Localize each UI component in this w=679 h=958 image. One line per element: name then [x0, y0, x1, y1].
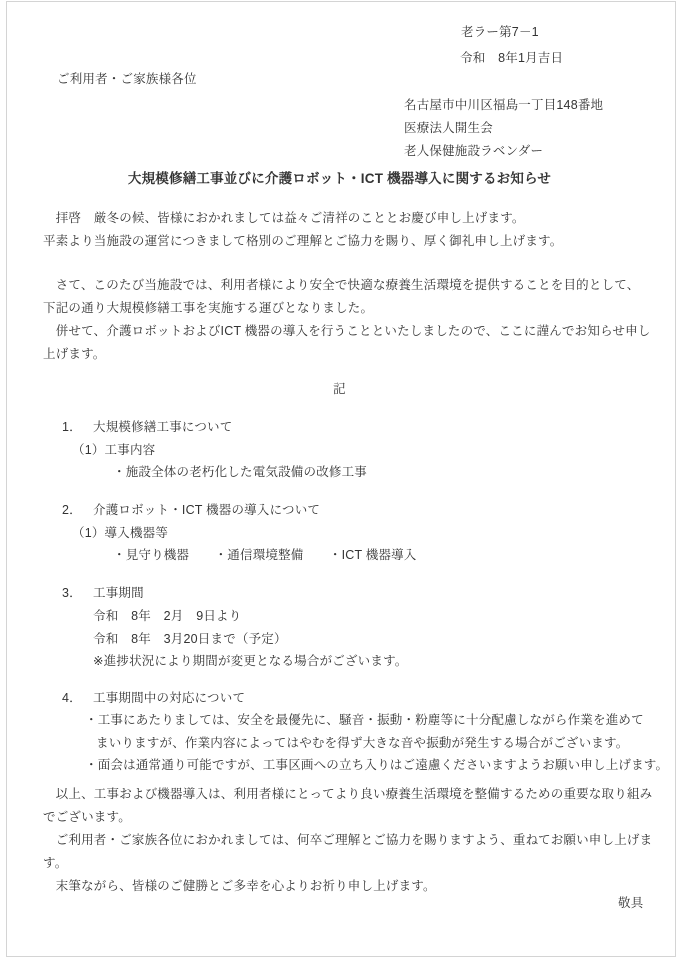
closing-line-1: 以上、工事および機器導入は、利用者様にとってより良い療養生活環境を整備するための…: [43, 783, 652, 806]
section-3-period-end: 令和 8年 3月20日まで（予定）: [93, 628, 287, 651]
closing-line-4: す。: [43, 852, 67, 875]
doc-number: 老ラー第7－1: [461, 21, 539, 44]
section-4-number: 4．: [62, 687, 93, 710]
section-2-bullets-inline: ・見守り機器 ・通信環境整備 ・ICT 機器導入: [113, 544, 417, 567]
section-2-heading-text: 介護ロボット・ICT 機器の導入について: [93, 503, 320, 517]
greeting-line-1: 拝啓 厳冬の候、皆様におかれましては益々ご清祥のこととお慶び申し上げます。: [43, 207, 525, 230]
intro-line-3: 併せて、介護ロボットおよびICT 機器の導入を行うことといたしましたので、ここに…: [43, 320, 651, 343]
document-page: 老ラー第7－1 令和 8年1月吉日 ご利用者・ご家族様各位 名古屋市中川区福島一…: [0, 0, 679, 958]
section-4-heading-text: 工事期間中の対応について: [93, 691, 245, 705]
section-1-subheading: （1）工事内容: [72, 439, 155, 462]
section-2-heading: 2．介護ロボット・ICT 機器の導入について: [62, 499, 320, 522]
intro-line-1: さて、このたび当施設では、利用者様により安全で快適な療養生活環境を提供することを…: [43, 274, 639, 297]
section-2-subheading: （1）導入機器等: [72, 522, 168, 545]
sender-facility: 老人保健施設ラベンダー: [404, 140, 543, 163]
closing-salutation: 敬具: [618, 892, 643, 915]
section-4-bullet-2: ・面会は通常通り可能ですが、工事区画への立ち入りはご遠慮くださいますようお願い申…: [85, 754, 668, 777]
closing-line-3: ご利用者・ご家族各位におかれましては、何卒ご理解とご協力を賜りますよう、重ねてお…: [43, 829, 652, 852]
section-1-bullet: ・施設全体の老朽化した電気設備の改修工事: [113, 461, 367, 484]
section-3-heading: 3．工事期間: [62, 582, 144, 605]
section-3-heading-text: 工事期間: [93, 586, 144, 600]
section-3-note: ※進捗状況により期間が変更となる場合がございます。: [93, 650, 407, 673]
section-3-period-start: 令和 8年 2月 9日より: [93, 605, 241, 628]
sender-organization: 医療法人開生会: [404, 117, 493, 140]
section-4-heading: 4．工事期間中の対応について: [62, 687, 245, 710]
recipient: ご利用者・ご家族様各位: [57, 68, 197, 91]
section-1-heading-text: 大規模修繕工事について: [93, 420, 232, 434]
greeting-line-2: 平素より当施設の運営につきまして格別のご理解とご協力を賜り、厚く御礼申し上げます…: [43, 230, 562, 253]
section-2-number: 2．: [62, 499, 93, 522]
section-1-heading: 1．大規模修繕工事について: [62, 416, 232, 439]
section-4-bullet-1-line-2: まいりますが、作業内容によってはやむを得ず大きな音や振動が発生する場合がございま…: [96, 732, 628, 755]
closing-line-2: でございます。: [43, 806, 131, 829]
intro-line-2: 下記の通り大規模修繕工事を実施する運びとなりました。: [43, 297, 373, 320]
issue-date: 令和 8年1月吉日: [460, 47, 563, 70]
intro-line-4: 上げます。: [43, 343, 106, 366]
section-4-bullet-1-line-1: ・工事にあたりましては、安全を最優先に、騒音・振動・粉塵等に十分配慮しながら作業…: [85, 709, 644, 732]
section-1-number: 1．: [62, 416, 93, 439]
closing-line-5: 末筆ながら、皆様のご健勝とご多幸を心よりお祈り申し上げます。: [43, 875, 436, 898]
section-3-number: 3．: [62, 582, 93, 605]
sender-address: 名古屋市中川区福島一丁目148番地: [404, 94, 603, 117]
notice-title: 大規模修繕工事並びに介護ロボット・ICT 機器導入に関するお知らせ: [0, 167, 679, 190]
record-marker: 記: [0, 378, 679, 401]
